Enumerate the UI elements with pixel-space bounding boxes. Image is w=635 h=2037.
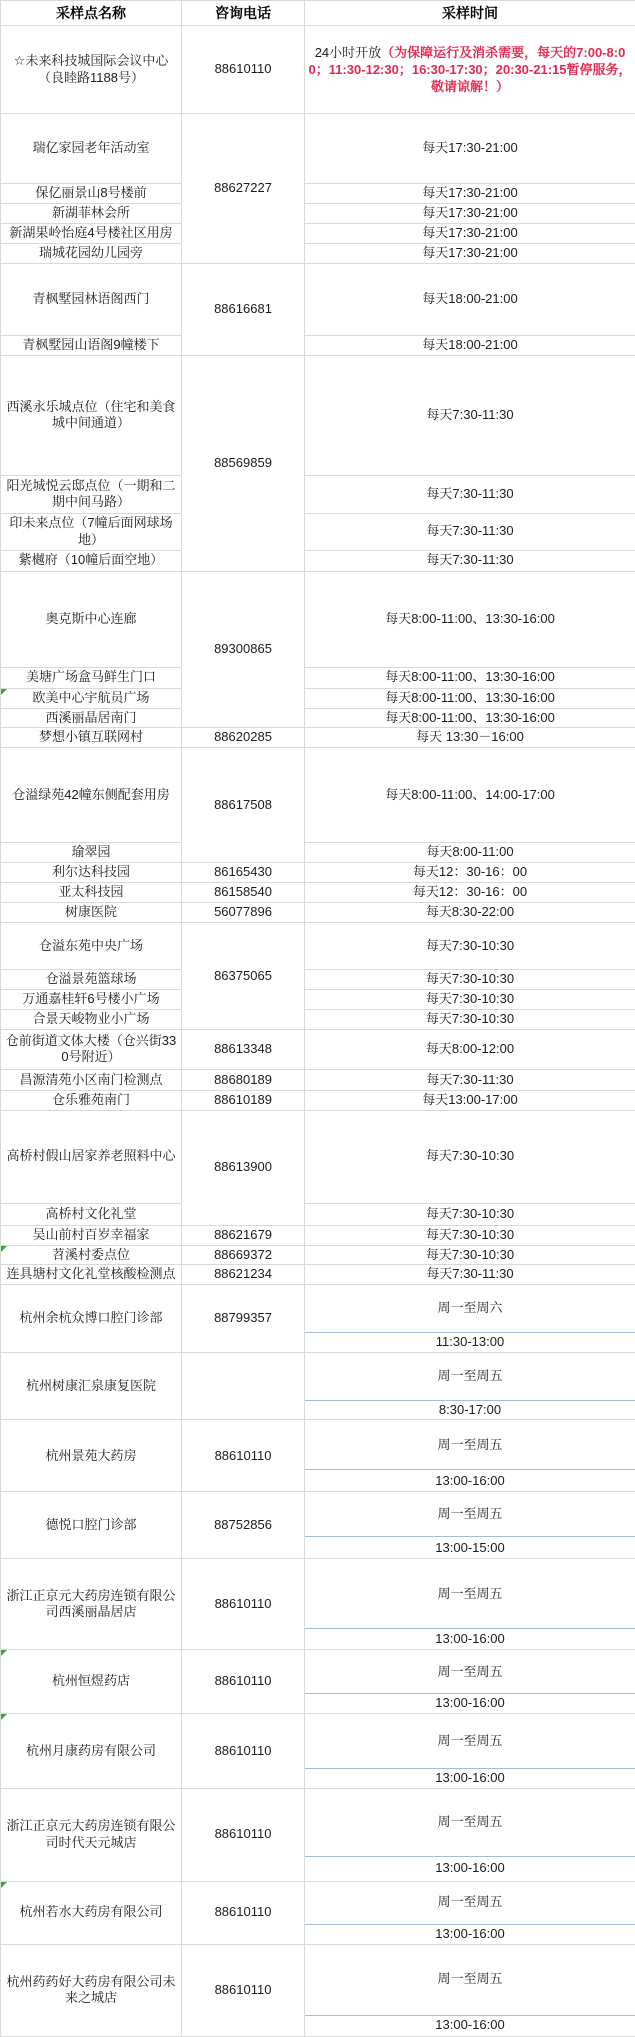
time-hours-cell: 11:30-13:00 — [305, 1333, 635, 1353]
table-row: 瑞城花园幼儿园旁每天17:30-21:00 — [1, 244, 635, 264]
site-name-cell: 印未来点位（7幢后面网球场地） — [1, 513, 182, 550]
time-days-cell: 周一至周五 — [305, 1492, 635, 1537]
time-hours-cell: 13:00-16:00 — [305, 1856, 635, 1881]
time-cell: 每天12：30-16：00 — [305, 862, 635, 882]
site-name-cell: 合景天峻物业小广场 — [1, 1009, 182, 1029]
site-name-cell: 德悦口腔门诊部 — [1, 1492, 182, 1559]
table-row: 树康医院56077896每天8:30-22:00 — [1, 902, 635, 922]
phone-cell: 88610110 — [182, 1881, 305, 1944]
time-cell: 每天7:30-10:30 — [305, 1203, 635, 1225]
time-hours-cell: 13:00-16:00 — [305, 1694, 635, 1714]
time-hours-cell: 13:00-16:00 — [305, 1470, 635, 1492]
table-row: 印未来点位（7幢后面网球场地）每天7:30-11:30 — [1, 513, 635, 550]
time-hours-cell: 13:00-16:00 — [305, 1924, 635, 1944]
time-cell: 每天7:30-11:30 — [305, 1069, 635, 1090]
time-hours-cell: 8:30-17:00 — [305, 1400, 635, 1420]
site-name-cell: 利尔达科技园 — [1, 862, 182, 882]
phone-cell: 88617508 — [182, 747, 305, 862]
site-name-cell: 梦想小镇互联网村 — [1, 728, 182, 748]
table-row: 西溪丽晶居南门每天8:00-11:00、13:30-16:00 — [1, 708, 635, 728]
phone-cell: 88799357 — [182, 1285, 305, 1353]
column-header-site-name: 采样点名称 — [1, 1, 182, 26]
time-cell: 每天7:30-10:30 — [305, 922, 635, 969]
column-header-phone: 咨询电话 — [182, 1, 305, 26]
site-name-cell: 杭州月康药房有限公司 — [1, 1714, 182, 1789]
time-cell: 每天7:30-10:30 — [305, 1009, 635, 1029]
site-name-cell: 高桥村文化礼堂 — [1, 1203, 182, 1225]
table-row: 瑜翠园每天8:00-11:00 — [1, 842, 635, 862]
time-cell: 每天7:30-10:30 — [305, 969, 635, 989]
time-cell: 每天7:30-11:30 — [305, 513, 635, 550]
table-row: 苕溪村委点位88669372每天7:30-10:30 — [1, 1245, 635, 1265]
table-row: 仓前街道文体大楼（仓兴街330号附近）88613348每天8:00-12:00 — [1, 1029, 635, 1069]
site-name-cell: 欧美中心宇航员广场 — [1, 688, 182, 708]
table-row: 吴山前村百岁幸福家88621679每天7:30-10:30 — [1, 1225, 635, 1245]
phone-cell: 88613900 — [182, 1110, 305, 1225]
site-name-cell: 杭州树康汇泉康复医院 — [1, 1352, 182, 1420]
site-name-cell: 美塘广场盒马鲜生门口 — [1, 667, 182, 688]
table-row: ☆未来科技城国际会议中心（良睦路1188号）8861011024小时开放（为保障… — [1, 26, 635, 114]
table-row: 青枫墅园山语阁9幢楼下每天18:00-21:00 — [1, 336, 635, 356]
site-name-cell: 奥克斯中心连廊 — [1, 571, 182, 667]
table-row: 仓溢东苑中央广场86375065每天7:30-10:30 — [1, 922, 635, 969]
time-cell: 每天8:00-11:00、13:30-16:00 — [305, 688, 635, 708]
site-name-cell: 浙江正京元大药房连锁有限公司时代天元城店 — [1, 1788, 182, 1881]
time-cell: 每天8:00-12:00 — [305, 1029, 635, 1069]
time-hours-cell: 13:00-16:00 — [305, 1629, 635, 1650]
site-name-cell: 青枫墅园林语阁西门 — [1, 264, 182, 336]
time-days-cell: 周一至周五 — [305, 1352, 635, 1400]
time-cell: 每天7:30-11:30 — [305, 1265, 635, 1285]
table-row: 西溪永乐城点位（住宅和美食城中间通道）88569859每天7:30-11:30 — [1, 355, 635, 475]
site-name-cell: 阳光城悦云邸点位（一期和二期中间马路） — [1, 475, 182, 513]
phone-cell: 88610110 — [182, 1650, 305, 1714]
phone-cell: 88752856 — [182, 1492, 305, 1559]
phone-cell: 88627227 — [182, 114, 305, 264]
phone-cell: 86165430 — [182, 862, 305, 882]
site-name-cell: 仓乐雅苑南门 — [1, 1090, 182, 1110]
site-name-cell: 杭州恒煜药店 — [1, 1650, 182, 1714]
table-row: 紫樾府（10幢后面空地）每天7:30-11:30 — [1, 550, 635, 571]
phone-cell: 88610110 — [182, 1944, 305, 2036]
time-cell: 每天12：30-16：00 — [305, 882, 635, 902]
time-days-cell: 周一至周五 — [305, 1650, 635, 1694]
table-row: 阳光城悦云邸点位（一期和二期中间马路）每天7:30-11:30 — [1, 475, 635, 513]
phone-cell: 88620285 — [182, 728, 305, 748]
time-days-cell: 周一至周五 — [305, 1788, 635, 1856]
table-row: 高桥村文化礼堂每天7:30-10:30 — [1, 1203, 635, 1225]
site-name-cell: 新湖果岭怡庭4号楼社区用房 — [1, 224, 182, 244]
time-cell: 每天7:30-10:30 — [305, 1225, 635, 1245]
time-cell: 每天17:30-21:00 — [305, 244, 635, 264]
time-cell: 每天7:30-10:30 — [305, 1245, 635, 1265]
site-name-cell: 吴山前村百岁幸福家 — [1, 1225, 182, 1245]
site-name-cell: 连具塘村文化礼堂核酸检测点 — [1, 1265, 182, 1285]
time-cell: 每天18:00-21:00 — [305, 264, 635, 336]
time-cell: 24小时开放（为保障运行及消杀需要，每天的7:00-8:00；11:30-12:… — [305, 26, 635, 114]
column-header-time: 采样时间 — [305, 1, 635, 26]
table-row: 仓乐雅苑南门88610189每天13:00-17:00 — [1, 1090, 635, 1110]
site-name-cell: 高桥村假山居家养老照料中心 — [1, 1110, 182, 1203]
site-name-cell: 杭州景苑大药房 — [1, 1420, 182, 1492]
table-row: 浙江正京元大药房连锁有限公司时代天元城店88610110周一至周五 — [1, 1788, 635, 1856]
table-row: 浙江正京元大药房连锁有限公司西溪丽晶居店88610110周一至周五 — [1, 1559, 635, 1629]
phone-cell: 88569859 — [182, 355, 305, 571]
time-cell: 每天7:30-10:30 — [305, 1110, 635, 1203]
phone-cell: 88610110 — [182, 1559, 305, 1650]
site-name-cell: 苕溪村委点位 — [1, 1245, 182, 1265]
phone-cell: 88610110 — [182, 26, 305, 114]
time-cell: 每天8:00-11:00、14:00-17:00 — [305, 747, 635, 842]
table-row: 仓溢绿苑42幢东侧配套用房88617508每天8:00-11:00、14:00-… — [1, 747, 635, 842]
comment-marker-icon — [1, 689, 7, 695]
site-name-cell: 紫樾府（10幢后面空地） — [1, 550, 182, 571]
table-row: 亚太科技园86158540每天12：30-16：00 — [1, 882, 635, 902]
open-hours-text: 24小时开放 — [315, 45, 381, 60]
site-name-cell: 仓溢绿苑42幢东侧配套用房 — [1, 747, 182, 842]
phone-cell: 88621679 — [182, 1225, 305, 1245]
site-name-cell: 新湖菲林会所 — [1, 204, 182, 224]
time-cell: 每天17:30-21:00 — [305, 114, 635, 184]
time-cell: 每天 13:30－16:00 — [305, 728, 635, 748]
time-days-cell: 周一至周五 — [305, 1944, 635, 2015]
phone-cell: 88680189 — [182, 1069, 305, 1090]
table-header: 采样点名称咨询电话采样时间 — [1, 1, 635, 26]
phone-cell: 88610110 — [182, 1420, 305, 1492]
table-row: 杭州若水大药房有限公司88610110周一至周五 — [1, 1881, 635, 1924]
table-row: 杭州余杭众博口腔门诊部88799357周一至周六 — [1, 1285, 635, 1333]
site-name-cell: 杭州余杭众博口腔门诊部 — [1, 1285, 182, 1353]
site-name-cell: 瑞亿家园老年活动室 — [1, 114, 182, 184]
time-days-cell: 周一至周五 — [305, 1420, 635, 1470]
table-body: ☆未来科技城国际会议中心（良睦路1188号）8861011024小时开放（为保障… — [1, 26, 635, 2037]
time-cell: 每天7:30-11:30 — [305, 550, 635, 571]
table-row: 梦想小镇互联网村88620285每天 13:30－16:00 — [1, 728, 635, 748]
phone-cell: 86375065 — [182, 922, 305, 1029]
phone-cell: 88616681 — [182, 264, 305, 356]
table-row: 合景天峻物业小广场每天7:30-10:30 — [1, 1009, 635, 1029]
site-name-cell: 仓溢景苑篮球场 — [1, 969, 182, 989]
time-cell: 每天7:30-11:30 — [305, 475, 635, 513]
site-name-cell: 杭州药药好大药房有限公司未来之城店 — [1, 1944, 182, 2036]
table-row: 新湖菲林会所每天17:30-21:00 — [1, 204, 635, 224]
comment-marker-icon — [1, 1882, 7, 1888]
time-cell: 每天17:30-21:00 — [305, 184, 635, 204]
table-row: 美塘广场盒马鲜生门口每天8:00-11:00、13:30-16:00 — [1, 667, 635, 688]
site-name-cell: ☆未来科技城国际会议中心（良睦路1188号） — [1, 26, 182, 114]
table-row: 杭州恒煜药店88610110周一至周五 — [1, 1650, 635, 1694]
sampling-sites-table: 采样点名称咨询电话采样时间 ☆未来科技城国际会议中心（良睦路1188号）8861… — [0, 0, 635, 2037]
site-name-cell: 杭州若水大药房有限公司 — [1, 1881, 182, 1944]
table-row: 杭州月康药房有限公司88610110周一至周五 — [1, 1714, 635, 1769]
site-name-cell: 昌源清苑小区南门检测点 — [1, 1069, 182, 1090]
table-row: 青枫墅园林语阁西门88616681每天18:00-21:00 — [1, 264, 635, 336]
table-row: 奥克斯中心连廊89300865每天8:00-11:00、13:30-16:00 — [1, 571, 635, 667]
time-days-cell: 周一至周五 — [305, 1881, 635, 1924]
table-row: 连具塘村文化礼堂核酸检测点88621234每天7:30-11:30 — [1, 1265, 635, 1285]
table-row: 仓溢景苑篮球场每天7:30-10:30 — [1, 969, 635, 989]
time-days-cell: 周一至周五 — [305, 1559, 635, 1629]
table-row: 德悦口腔门诊部88752856周一至周五 — [1, 1492, 635, 1537]
time-days-cell: 周一至周六 — [305, 1285, 635, 1333]
time-cell: 每天7:30-10:30 — [305, 989, 635, 1009]
site-name-cell: 亚太科技园 — [1, 882, 182, 902]
table-row: 昌源清苑小区南门检测点88680189每天7:30-11:30 — [1, 1069, 635, 1090]
site-name-cell: 浙江正京元大药房连锁有限公司西溪丽晶居店 — [1, 1559, 182, 1650]
phone-cell: 88621234 — [182, 1265, 305, 1285]
time-cell: 每天8:00-11:00、13:30-16:00 — [305, 571, 635, 667]
phone-cell: 88610110 — [182, 1788, 305, 1881]
time-hours-cell: 13:00-16:00 — [305, 2015, 635, 2036]
table-row: 万通嘉桂轩6号楼小广场每天7:30-10:30 — [1, 989, 635, 1009]
time-cell: 每天18:00-21:00 — [305, 336, 635, 356]
time-cell: 每天8:00-11:00 — [305, 842, 635, 862]
phone-cell: 86158540 — [182, 882, 305, 902]
site-name-cell: 西溪永乐城点位（住宅和美食城中间通道） — [1, 355, 182, 475]
phone-cell: 56077896 — [182, 902, 305, 922]
time-cell: 每天13:00-17:00 — [305, 1090, 635, 1110]
table-row: 杭州树康汇泉康复医院周一至周五 — [1, 1352, 635, 1400]
time-cell: 每天8:30-22:00 — [305, 902, 635, 922]
comment-marker-icon — [1, 1714, 7, 1720]
phone-cell: 88669372 — [182, 1245, 305, 1265]
time-cell: 每天8:00-11:00、13:30-16:00 — [305, 667, 635, 688]
table-row: 保亿丽景山8号楼前每天17:30-21:00 — [1, 184, 635, 204]
table-row: 高桥村假山居家养老照料中心88613900每天7:30-10:30 — [1, 1110, 635, 1203]
comment-marker-icon — [1, 1246, 7, 1252]
phone-cell: 88610110 — [182, 1714, 305, 1789]
phone-cell: 88610189 — [182, 1090, 305, 1110]
table-row: 杭州景苑大药房88610110周一至周五 — [1, 1420, 635, 1470]
time-hours-cell: 13:00-15:00 — [305, 1537, 635, 1559]
site-name-cell: 万通嘉桂轩6号楼小广场 — [1, 989, 182, 1009]
time-cell: 每天17:30-21:00 — [305, 224, 635, 244]
table-row: 瑞亿家园老年活动室88627227每天17:30-21:00 — [1, 114, 635, 184]
table-row: 杭州药药好大药房有限公司未来之城店88610110周一至周五 — [1, 1944, 635, 2015]
site-name-cell: 青枫墅园山语阁9幢楼下 — [1, 336, 182, 356]
header-row: 采样点名称咨询电话采样时间 — [1, 1, 635, 26]
site-name-cell: 瑞城花园幼儿园旁 — [1, 244, 182, 264]
table-row: 欧美中心宇航员广场每天8:00-11:00、13:30-16:00 — [1, 688, 635, 708]
phone-cell: 89300865 — [182, 571, 305, 728]
site-name-cell: 树康医院 — [1, 902, 182, 922]
site-name-cell: 瑜翠园 — [1, 842, 182, 862]
site-name-cell: 仓溢东苑中央广场 — [1, 922, 182, 969]
site-name-cell: 保亿丽景山8号楼前 — [1, 184, 182, 204]
site-name-cell: 西溪丽晶居南门 — [1, 708, 182, 728]
time-cell: 每天17:30-21:00 — [305, 204, 635, 224]
site-name-cell: 仓前街道文体大楼（仓兴街330号附近） — [1, 1029, 182, 1069]
phone-cell: 88613348 — [182, 1029, 305, 1069]
phone-cell — [182, 1352, 305, 1420]
time-cell: 每天7:30-11:30 — [305, 355, 635, 475]
time-days-cell: 周一至周五 — [305, 1714, 635, 1769]
time-cell: 每天8:00-11:00、13:30-16:00 — [305, 708, 635, 728]
time-hours-cell: 13:00-16:00 — [305, 1769, 635, 1789]
table-row: 利尔达科技园86165430每天12：30-16：00 — [1, 862, 635, 882]
comment-marker-icon — [1, 1650, 7, 1656]
table-row: 新湖果岭怡庭4号楼社区用房每天17:30-21:00 — [1, 224, 635, 244]
